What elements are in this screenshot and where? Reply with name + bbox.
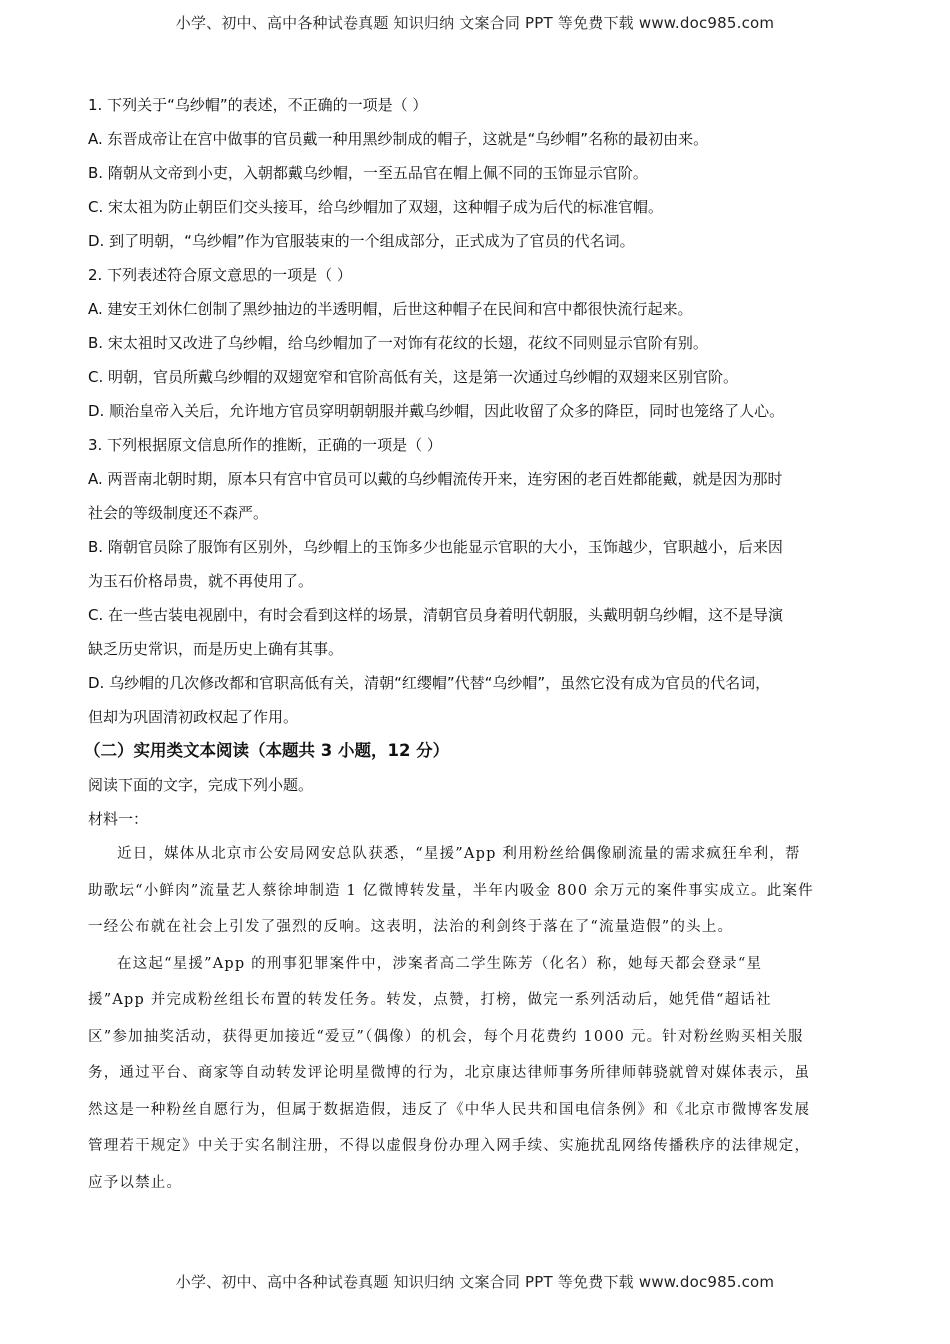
option-a: A. 两晋南北朝时期，原本只有宫中官员可以戴的乌纱帽流传开来，连穷困的老百姓都能… [88, 462, 873, 530]
option-d: D. 到了明朝，“乌纱帽”作为官服装束的一个组成部分，正式成为了官员的代名词。 [88, 224, 873, 258]
option-line: A. 两晋南北朝时期，原本只有宫中官员可以戴的乌纱帽流传开来，连穷困的老百姓都能… [88, 462, 873, 496]
paragraph-line: 务，通过平台、商家等自动转发评论明星微博的行为，北京康达律师事务所律师韩骁就曾对… [88, 1055, 873, 1092]
option-c: C. 明朝，官员所戴乌纱帽的双翅宽窄和官阶高低有关，这是第一次通过乌纱帽的双翅来… [88, 360, 873, 394]
paragraph-line: 援”App 并完成粉丝组长布置的转发任务。转发，点赞，打榜，做完一系列活动后，她… [88, 982, 873, 1019]
paragraph-line: 应予以禁止。 [88, 1165, 873, 1202]
paragraph-line: 管理若干规定》中关于实名制注册，不得以虚假身份办理入网手续、实施扰乱网络传播秩序… [88, 1128, 873, 1165]
question-stem: 1. 下列关于“乌纱帽”的表述，不正确的一项是（ ） [88, 88, 873, 122]
paragraph-line: 近日，媒体从北京市公安局网安总队获悉，“星援”App 利用粉丝给偶像刷流量的需求… [88, 836, 873, 873]
option-b: B. 宋太祖时又改进了乌纱帽，给乌纱帽加了一对饰有花纹的长翅，花纹不同则显示官阶… [88, 326, 873, 360]
question-stem: 2. 下列表述符合原文意思的一项是（ ） [88, 258, 873, 292]
option-c: C. 宋太祖为防止朝臣们交头接耳，给乌纱帽加了双翅，这种帽子成为后代的标准官帽。 [88, 190, 873, 224]
option-line: 社会的等级制度还不森严。 [88, 496, 873, 530]
document-body: 1. 下列关于“乌纱帽”的表述，不正确的一项是（ ） A. 东晋成帝让在宫中做事… [88, 88, 873, 1201]
option-d: D. 顺治皇帝入关后，允许地方官员穿明朝朝服并戴乌纱帽，因此收留了众多的降臣，同… [88, 394, 873, 428]
option-b: B. 隋朝官员除了服饰有区别外，乌纱帽上的玉饰多少也能显示官职的大小，玉饰越少，… [88, 530, 873, 598]
material-one-text: 近日，媒体从北京市公安局网安总队获悉，“星援”App 利用粉丝给偶像刷流量的需求… [88, 836, 873, 1201]
option-line: 缺乏历史常识，而是历史上确有其事。 [88, 632, 873, 666]
question-2: 2. 下列表述符合原文意思的一项是（ ） A. 建安王刘休仁创制了黑纱抽边的半透… [88, 258, 873, 428]
option-line: D. 乌纱帽的几次修改都和官职高低有关，清朝“红缨帽”代替“乌纱帽”，虽然它没有… [88, 666, 873, 700]
option-a: A. 东晋成帝让在宫中做事的官员戴一种用黑纱制成的帽子，这就是“乌纱帽”名称的最… [88, 122, 873, 156]
option-line: C. 在一些古装电视剧中，有时会看到这样的场景，清朝官员身着明代朝服，头戴明朝乌… [88, 598, 873, 632]
paragraph-line: 助歌坛“小鲜肉”流量艺人蔡徐坤制造 1 亿微博转发量，半年内吸金 800 余万元… [88, 873, 873, 910]
page-header-banner: 小学、初中、高中各种试卷真题 知识归纳 文案合同 PPT 等免费下载 www.d… [0, 12, 950, 33]
option-a: A. 建安王刘休仁创制了黑纱抽边的半透明帽，后世这种帽子在民间和宫中都很快流行起… [88, 292, 873, 326]
paragraph-line: 在这起“星援”App 的刑事犯罪案件中，涉案者高二学生陈芳（化名）称，她每天都会… [88, 946, 873, 983]
page-footer-banner: 小学、初中、高中各种试卷真题 知识归纳 文案合同 PPT 等免费下载 www.d… [0, 1271, 950, 1292]
material-label: 材料一： [88, 802, 873, 836]
reading-instruction: 阅读下面的文字，完成下列小题。 [88, 768, 873, 802]
section-heading: （二）实用类文本阅读（本题共 3 小题，12 分） [84, 734, 873, 768]
paragraph: 近日，媒体从北京市公安局网安总队获悉，“星援”App 利用粉丝给偶像刷流量的需求… [88, 836, 873, 946]
option-line: B. 隋朝官员除了服饰有区别外，乌纱帽上的玉饰多少也能显示官职的大小，玉饰越少，… [88, 530, 873, 564]
option-d: D. 乌纱帽的几次修改都和官职高低有关，清朝“红缨帽”代替“乌纱帽”，虽然它没有… [88, 666, 873, 734]
paragraph-line: 一经公布就在社会上引发了强烈的反响。这表明，法治的利剑终于落在了“流量造假”的头… [88, 909, 873, 946]
paragraph-line: 然这是一种粉丝自愿行为，但属于数据造假，违反了《中华人民共和国电信条例》和《北京… [88, 1092, 873, 1129]
paragraph: 在这起“星援”App 的刑事犯罪案件中，涉案者高二学生陈芳（化名）称，她每天都会… [88, 946, 873, 1202]
question-1: 1. 下列关于“乌纱帽”的表述，不正确的一项是（ ） A. 东晋成帝让在宫中做事… [88, 88, 873, 258]
option-c: C. 在一些古装电视剧中，有时会看到这样的场景，清朝官员身着明代朝服，头戴明朝乌… [88, 598, 873, 666]
option-line: 但却为巩固清初政权起了作用。 [88, 700, 873, 734]
option-line: 为玉石价格昂贵，就不再使用了。 [88, 564, 873, 598]
option-b: B. 隋朝从文帝到小吏，入朝都戴乌纱帽，一至五品官在帽上佩不同的玉饰显示官阶。 [88, 156, 873, 190]
paragraph-line: 区”参加抽奖活动，获得更加接近“爱豆”（偶像）的机会，每个月花费约 1000 元… [88, 1019, 873, 1056]
question-3: 3. 下列根据原文信息所作的推断，正确的一项是（ ） A. 两晋南北朝时期，原本… [88, 428, 873, 734]
question-stem: 3. 下列根据原文信息所作的推断，正确的一项是（ ） [88, 428, 873, 462]
